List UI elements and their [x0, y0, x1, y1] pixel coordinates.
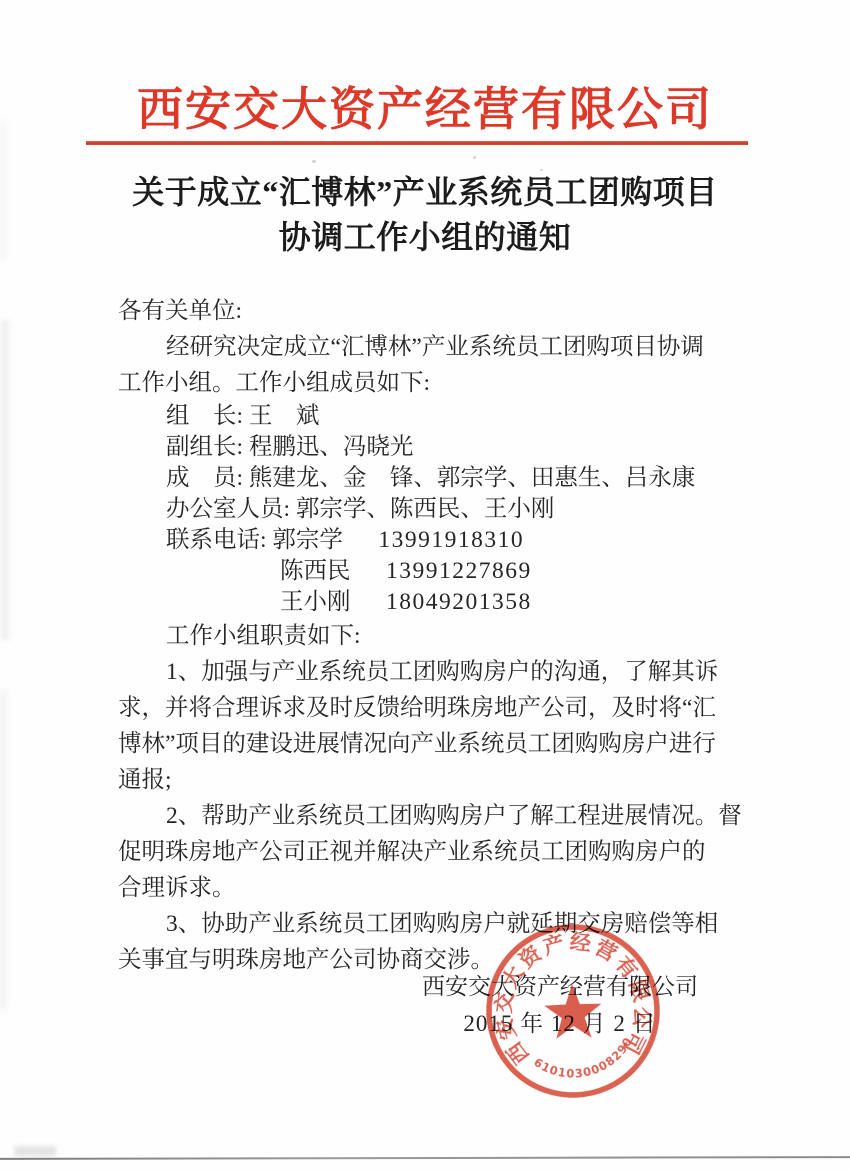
roster-line-deputy: 副组长: 程鹏迅、冯晓光 [118, 432, 758, 463]
roster-line-office: 办公室人员: 郭宗学、陈西民、王小刚 [118, 494, 758, 525]
official-seal: 西安交大资产经营有限公司 6101030008290 [481, 919, 665, 1103]
scan-speck [540, 169, 543, 171]
duty1-line: 博林”项目的建设进展情况向产业系统员工团购购房户进行 [118, 726, 758, 762]
document-title: 关于成立“汇博林”产业系统员工团购项目 协调工作小组的通知 [0, 170, 850, 260]
scan-smudge [0, 320, 9, 640]
contact-phone: 13991918310 [378, 527, 524, 553]
scan-speck [473, 156, 476, 159]
duty2-line: 2、帮助产业系统员工团购购房户了解工程进展情况。督 [118, 798, 758, 834]
scan-smudge [0, 120, 6, 260]
contact-name: 郭宗学 [272, 525, 378, 556]
page-edge-line [0, 1156, 850, 1160]
roster-line-leader: 组 长: 王 斌 [118, 401, 758, 432]
duty3-line: 3、协助产业系统员工团购购房户就延期交房赔偿等相 [118, 906, 758, 942]
roster-line-members: 成 员: 熊建龙、金 锋、郭宗学、田惠生、吕永康 [118, 463, 758, 494]
letterhead-rule [86, 141, 748, 145]
duty2-line: 合理诉求。 [118, 870, 758, 906]
seal-star-icon [544, 983, 603, 1039]
salutation: 各有关单位: [118, 293, 758, 329]
duty1-line: 通报; [118, 762, 758, 798]
duty2-line: 促明珠房地产公司正视并解决产业系统员工团购购房户的 [118, 834, 758, 870]
contact-row: 联系电话: 郭宗学13991918310 [118, 525, 758, 556]
seal-code: 6101030008290 [530, 1034, 636, 1082]
letterhead-company-name: 西安交大资产经营有限公司 [0, 83, 850, 137]
contact-name: 陈西民 [280, 556, 386, 587]
intro-line: 经研究决定成立“汇博林”产业系统员工团购项目协调 [118, 329, 758, 365]
duty1-line: 1、加强与产业系统员工团购购房户的沟通，了解其诉 [118, 654, 758, 690]
contact-label: 联系电话: [166, 527, 272, 553]
document-title-line-2: 协调工作小组的通知 [0, 215, 850, 260]
contact-row: 王小刚18049201358 [118, 587, 758, 618]
document-title-line-1: 关于成立“汇博林”产业系统员工团购项目 [0, 170, 850, 215]
document-body: 各有关单位: 经研究决定成立“汇博林”产业系统员工团购项目协调 工作小组。工作小… [118, 293, 758, 978]
scan-speck [312, 160, 316, 163]
duty1-line: 求，并将合理诉求及时反馈给明珠房地产公司，及时将“汇 [118, 690, 758, 726]
intro-line: 工作小组。工作小组成员如下: [118, 365, 758, 401]
contact-phone: 18049201358 [386, 589, 532, 615]
scan-smudge [14, 1146, 56, 1156]
contact-name: 王小刚 [280, 587, 386, 618]
scanned-document-page: 西安交大资产经营有限公司 关于成立“汇博林”产业系统员工团购项目 协调工作小组的… [0, 0, 850, 1170]
scan-smudge [0, 690, 7, 1010]
duties-heading: 工作小组职责如下: [118, 618, 758, 654]
contact-row: 陈西民13991227869 [118, 556, 758, 587]
contact-phone: 13991227869 [386, 558, 532, 584]
